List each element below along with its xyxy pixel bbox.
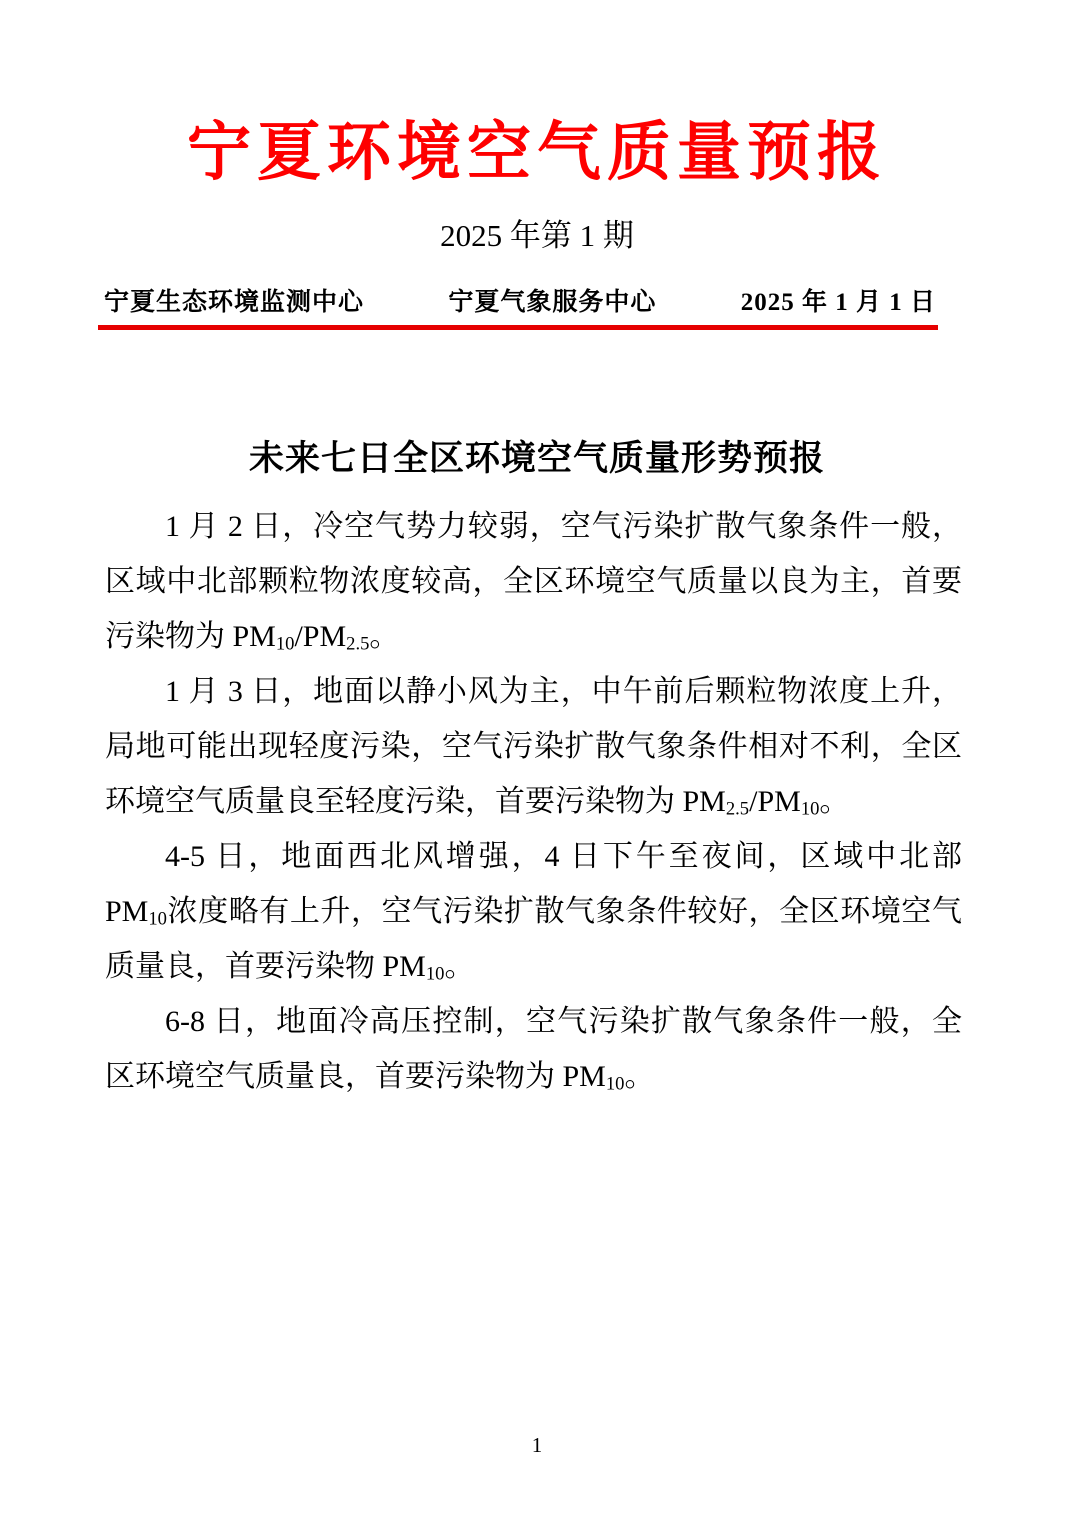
masthead-org-left: 宁夏生态环境监测中心 [104, 282, 364, 318]
forecast-paragraph-2: 1 月 3 日，地面以静小风为主，中午前后颗粒物浓度上升，局地可能出现轻度污染，… [105, 664, 962, 829]
red-divider-rule [98, 325, 938, 330]
document-title: 宁夏环境空气质量预报 [0, 0, 1074, 190]
issue-number: 2025 年第 1 期 [0, 210, 1074, 255]
forecast-paragraph-4: 6-8 日，地面冷高压控制，空气污染扩散气象条件一般，全区环境空气质量良，首要污… [105, 994, 962, 1104]
forecast-paragraph-1: 1 月 2 日，冷空气势力较弱，空气污染扩散气象条件一般，区域中北部颗粒物浓度较… [105, 499, 962, 664]
masthead-date: 2025 年 1 月 1 日 [741, 282, 936, 318]
forecast-paragraph-3: 4-5 日，地面西北风增强，4 日下午至夜间，区域中北部 PM10浓度略有上升，… [105, 829, 962, 994]
section-heading: 未来七日全区环境空气质量形势预报 [0, 431, 1074, 481]
forecast-body: 1 月 2 日，冷空气势力较弱，空气污染扩散气象条件一般，区域中北部颗粒物浓度较… [0, 499, 1074, 1104]
masthead-row: 宁夏生态环境监测中心 宁夏气象服务中心 2025 年 1 月 1 日 [0, 282, 1074, 318]
document-page: 宁夏环境空气质量预报 2025 年第 1 期 宁夏生态环境监测中心 宁夏气象服务… [0, 0, 1074, 1520]
masthead-org-center: 宁夏气象服务中心 [448, 282, 656, 318]
page-number: 1 [0, 1433, 1074, 1458]
